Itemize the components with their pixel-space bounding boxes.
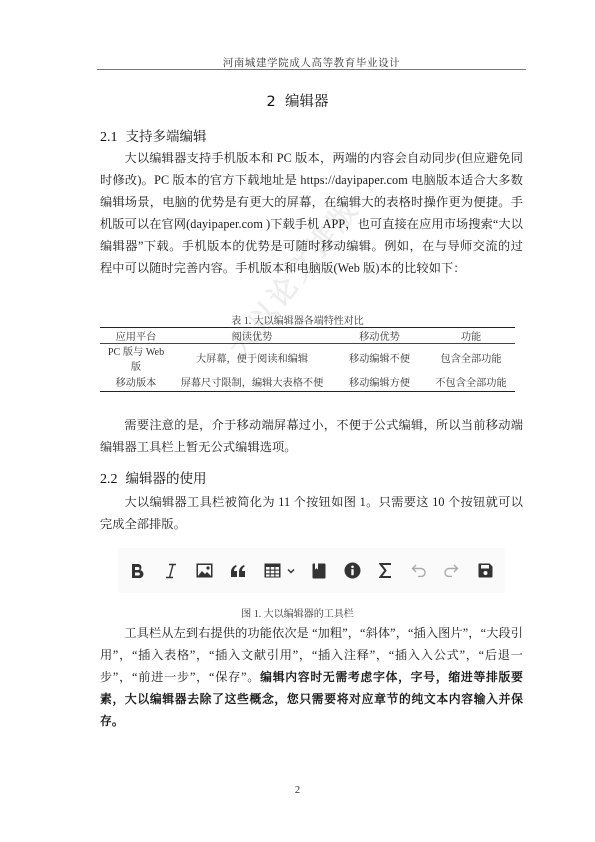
insert-reference-button[interactable] [308, 548, 330, 593]
paragraph-mobile-note: 需要注意的是，介于移动端屏幕过小，不便于公式编辑，所以当前移动端编辑器工具栏上暂… [100, 414, 523, 458]
table-cell: 大屏幕，便于阅读和编辑 [172, 344, 332, 376]
section-number: 2.2 [100, 472, 118, 487]
table-cell: 不包含全部功能 [427, 375, 515, 392]
table-icon [264, 563, 281, 578]
insert-note-button[interactable] [340, 548, 364, 593]
undo-icon [411, 564, 427, 577]
table-header-row: 应用平台 阅读优势 移动优势 功能 [100, 328, 515, 344]
italic-icon [164, 563, 178, 579]
undo-button[interactable] [408, 548, 430, 593]
column-header: 移动优势 [332, 328, 427, 344]
sigma-icon [379, 563, 392, 578]
save-icon [478, 563, 493, 578]
table-cell: 屏幕尺寸限制，编辑大表格不便 [172, 375, 332, 392]
table-cell: 移动版本 [100, 375, 172, 392]
bookmark-icon [312, 563, 326, 579]
paragraph-toolbar-functions: 工具栏从左到右提供的功能依次是 “加粗”，“斜体”，“插入图片”，“大段引用”，… [100, 622, 523, 732]
redo-icon [443, 564, 459, 577]
table-cell: 移动编辑方便 [332, 375, 427, 392]
column-header: 阅读优势 [172, 328, 332, 344]
page-number: 2 [0, 785, 595, 796]
chapter-number: 2 [267, 94, 276, 110]
paragraph-multi-platform: 大以编辑器支持手机版本和 PC 版本，两端的内容会自动同步(但应避免同时修改)。… [100, 147, 523, 279]
running-header: 河南城建学院成人高等教育毕业设计 [97, 55, 526, 70]
insert-table-button[interactable] [260, 548, 300, 593]
bold-icon [130, 563, 144, 579]
table-cell: PC 版与 Web 版 [100, 344, 172, 376]
table-cell: 移动编辑不便 [332, 344, 427, 376]
chapter-title: 2 编辑器 [0, 90, 595, 111]
save-button[interactable] [474, 548, 496, 593]
comparison-table: 应用平台 阅读优势 移动优势 功能 PC 版与 Web 版 大屏幕，便于阅读和编… [100, 327, 515, 392]
section-heading-2-2: 2.2编辑器的使用 [100, 467, 207, 488]
info-icon [344, 562, 361, 579]
redo-button[interactable] [440, 548, 462, 593]
chevron-down-icon [286, 567, 296, 575]
running-header-text: 河南城建学院成人高等教育毕业设计 [97, 55, 466, 70]
table-row: 移动版本 屏幕尺寸限制，编辑大表格不便 移动编辑方便 不包含全部功能 [100, 375, 515, 392]
image-icon [196, 563, 213, 578]
insert-formula-button[interactable] [374, 548, 396, 593]
document-page: 河南城建学院成人高等教育毕业设计 2 编辑器 2.1支持多端编辑 大以编辑器支持… [0, 0, 595, 842]
insert-image-button[interactable] [192, 548, 216, 593]
section-title-text: 编辑器的使用 [126, 471, 207, 487]
header-rule [97, 69, 526, 70]
bold-button[interactable] [126, 548, 148, 593]
table-row: PC 版与 Web 版 大屏幕，便于阅读和编辑 移动编辑不便 包含全部功能 [100, 344, 515, 376]
table-caption: 表 1. 大以编辑器各端特性对比 [0, 312, 595, 327]
table-cell: 包含全部功能 [427, 344, 515, 376]
figure-caption: 图 1. 大以编辑器的工具栏 [0, 605, 595, 620]
section-heading-2-1: 2.1支持多端编辑 [100, 125, 207, 146]
editor-toolbar-figure [118, 548, 505, 593]
paragraph-editor-usage: 大以编辑器工具栏被简化为 11 个按钮如图 1。只需要这 10 个按钮就可以完成… [100, 491, 523, 535]
quote-icon [230, 565, 246, 577]
section-number: 2.1 [100, 130, 118, 145]
column-header: 应用平台 [100, 328, 172, 344]
italic-button[interactable] [160, 548, 182, 593]
section-title-text: 支持多端编辑 [126, 129, 207, 145]
column-header: 功能 [427, 328, 515, 344]
block-quote-button[interactable] [226, 548, 250, 593]
chapter-title-text: 编辑器 [285, 94, 329, 110]
